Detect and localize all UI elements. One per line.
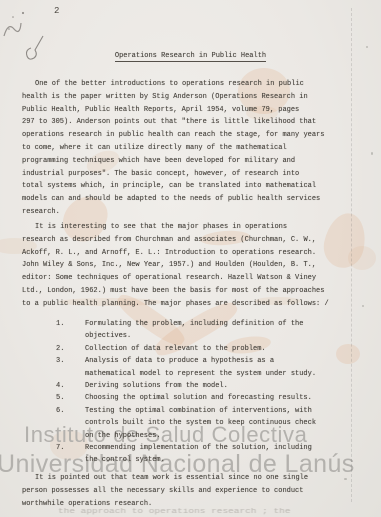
list-item: 7. Recommending implementation of the so… [56, 442, 356, 467]
paper-speck [371, 152, 373, 155]
list-item-text: Formulating the problem, including defin… [85, 318, 356, 343]
numbered-list: 1. Formulating the problem, including de… [56, 318, 356, 467]
list-item-number: 6. [56, 405, 85, 442]
page-number: 2 [54, 6, 59, 16]
list-item-number: 7. [56, 442, 85, 467]
list-item-text: Testing the optimal combination of inter… [85, 405, 356, 442]
list-item: 6. Testing the optimal combination of in… [56, 405, 356, 442]
right-edge-marks [351, 8, 352, 502]
list-item: 3. Analysis of data to produce a hypothe… [56, 355, 356, 380]
list-item-number: 5. [56, 392, 85, 404]
paragraph-1: One of the better introductions to opera… [22, 78, 356, 219]
list-item-text: Deriving solutions from the model. [85, 380, 356, 392]
list-item: 2. Collection of data relevant to the pr… [56, 343, 356, 355]
paper-speck [366, 46, 368, 48]
list-item-number: 2. [56, 343, 85, 355]
scanned-document-page: { "page": { "number": "2", "title": "Ope… [0, 0, 381, 517]
document-title: Operations Research in Public Health [0, 44, 381, 62]
list-item-number: 4. [56, 380, 85, 392]
list-item-number: 1. [56, 318, 85, 343]
paper-speck [362, 305, 364, 307]
paragraph-3: It is pointed out that team work is esse… [22, 472, 356, 510]
paper-speck [344, 478, 347, 480]
list-item-text: Recommending implementation of the solut… [85, 442, 356, 467]
list-item: 1. Formulating the problem, including de… [56, 318, 356, 343]
list-item-text: Choosing the optimal solution and foreca… [85, 392, 356, 404]
list-item-text: Collection of data relevant to the probl… [85, 343, 356, 355]
list-item-text: Analysis of data to produce a hypothesis… [85, 355, 356, 380]
paragraph-2: It is interesting to see that the major … [22, 221, 356, 311]
faint-cutoff-line: the approach to operations research ; th… [58, 508, 291, 516]
list-item: 4. Deriving solutions from the model. [56, 380, 356, 392]
document-title-text: Operations Research in Public Health [115, 52, 266, 62]
document-content: 2 Operations Research in Public Health O… [0, 0, 381, 517]
list-item-number: 3. [56, 355, 85, 380]
list-item: 5. Choosing the optimal solution and for… [56, 392, 356, 404]
